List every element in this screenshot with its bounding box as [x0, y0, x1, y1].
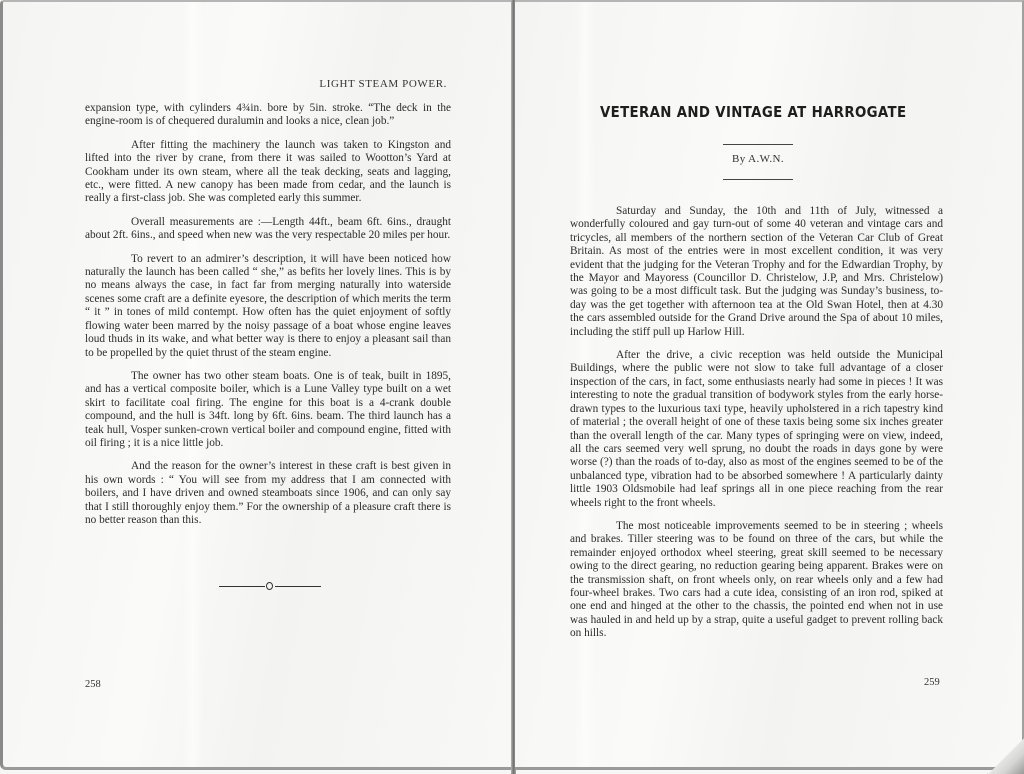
left-page-body: expansion type, with cylinders 4¾in. bor…	[85, 102, 451, 537]
page-number: 258	[85, 679, 101, 690]
left-page: LIGHT STEAM POWER. expansion type, with …	[0, 0, 512, 770]
paragraph: After fitting the machinery the launch w…	[85, 139, 451, 206]
ornament-rule	[275, 586, 321, 587]
running-head: LIGHT STEAM POWER.	[319, 78, 447, 90]
ornament-circle-icon	[266, 582, 273, 590]
article-title: VETERAN AND VINTAGE AT HARROGATE	[600, 103, 875, 121]
article-byline: By A.W.N.	[723, 153, 793, 165]
section-end-ornament	[219, 582, 321, 592]
paragraph: After the drive, a civic reception was h…	[570, 349, 943, 510]
paragraph: Overall measurements are :—Length 44ft.,…	[85, 216, 451, 243]
paragraph: And the reason for the owner’s interest …	[85, 460, 451, 527]
paragraph: To revert to an admirer’s description, i…	[85, 253, 451, 360]
ornament-rule	[219, 586, 265, 587]
page-number: 259	[924, 677, 940, 688]
byline-rule-bottom	[723, 179, 793, 180]
paragraph: The owner has two other steam boats. One…	[85, 370, 451, 450]
book-spread: LIGHT STEAM POWER. expansion type, with …	[0, 0, 1024, 774]
byline-rule-top	[723, 144, 793, 145]
right-page-body: Saturday and Sunday, the 10th and 11th o…	[570, 205, 943, 651]
paragraph: The most noticeable improvements seemed …	[570, 520, 943, 641]
paragraph: expansion type, with cylinders 4¾in. bor…	[85, 102, 451, 129]
paragraph: Saturday and Sunday, the 10th and 11th o…	[570, 205, 943, 339]
